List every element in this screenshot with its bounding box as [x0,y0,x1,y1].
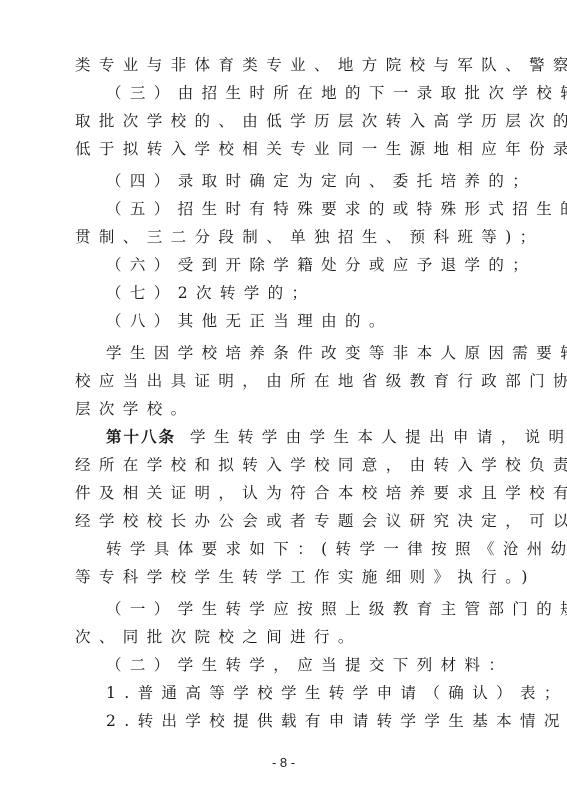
page-number: - 8 - [0,755,567,770]
document-page: 类专业与非体育类专业、地方院校与军队、警察院校等)； （三）由招生时所在地的下一… [0,0,567,801]
text-line: （四）录取时确定为定向、委托培养的； [106,167,526,195]
text-line: 次、同批次院校之间进行。 [75,623,495,651]
text-line: （五）招生时有特殊要求的或特殊形式招生的（五年一 [106,195,526,223]
text-line: 低于拟转入学校相关专业同一生源地相应年份录取成绩的； [75,135,495,163]
text-line: 2.转出学校提供载有申请转学学生基本情况的省级招 [106,707,526,735]
text-line: 贯制、三二分段制、单独招生、预科班等)； [75,223,495,251]
article-text: 学生转学由学生本人提出申请，说明理由， [190,428,567,446]
article-line: 第十八条学生转学由学生本人提出申请，说明理由， [106,423,526,451]
text-line: 校应当出具证明，由所在地省级教育行政部门协调转学到同 [75,367,495,395]
text-line: （三）由招生时所在地的下一录取批次学校转入上一录 [106,79,526,107]
text-line: （八）其他无正当理由的。 [106,307,526,335]
text-line: （六）受到开除学籍处分或应予退学的； [106,251,526,279]
text-line: 学生因学校培养条件改变等非本人原因需要转学的，学 [106,339,526,367]
text-line: （七）2次转学的； [106,279,526,307]
text-line: 取批次学校的、由低学历层次转入高学历层次的；高考成绩 [75,107,495,135]
text-line: 等专科学校学生转学工作实施细则》执行。) [75,563,495,591]
text-line: 层次学校。 [75,395,495,423]
text-line: （一）学生转学应按照上级教育主管部门的规定在同层 [106,595,526,623]
text-line: 经学校校长办公会或者专题会议研究决定，可以转入。 [75,507,495,535]
text-line: 经所在学校和拟转入学校同意，由转入学校负责审核转学条 [75,451,495,479]
text-line: 类专业与非体育类专业、地方院校与军队、警察院校等)； [75,51,495,79]
text-line: 转学具体要求如下：(转学一律按照《沧州幼儿师范高 [106,535,526,563]
article-heading: 第十八条 [106,427,176,446]
text-line: 件及相关证明，认为符合本校培养要求且学校有培养能力的， [75,479,495,507]
text-line: 1.普通高等学校学生转学申请（确认）表； [106,679,526,707]
text-line: （二）学生转学，应当提交下列材料： [106,651,526,679]
